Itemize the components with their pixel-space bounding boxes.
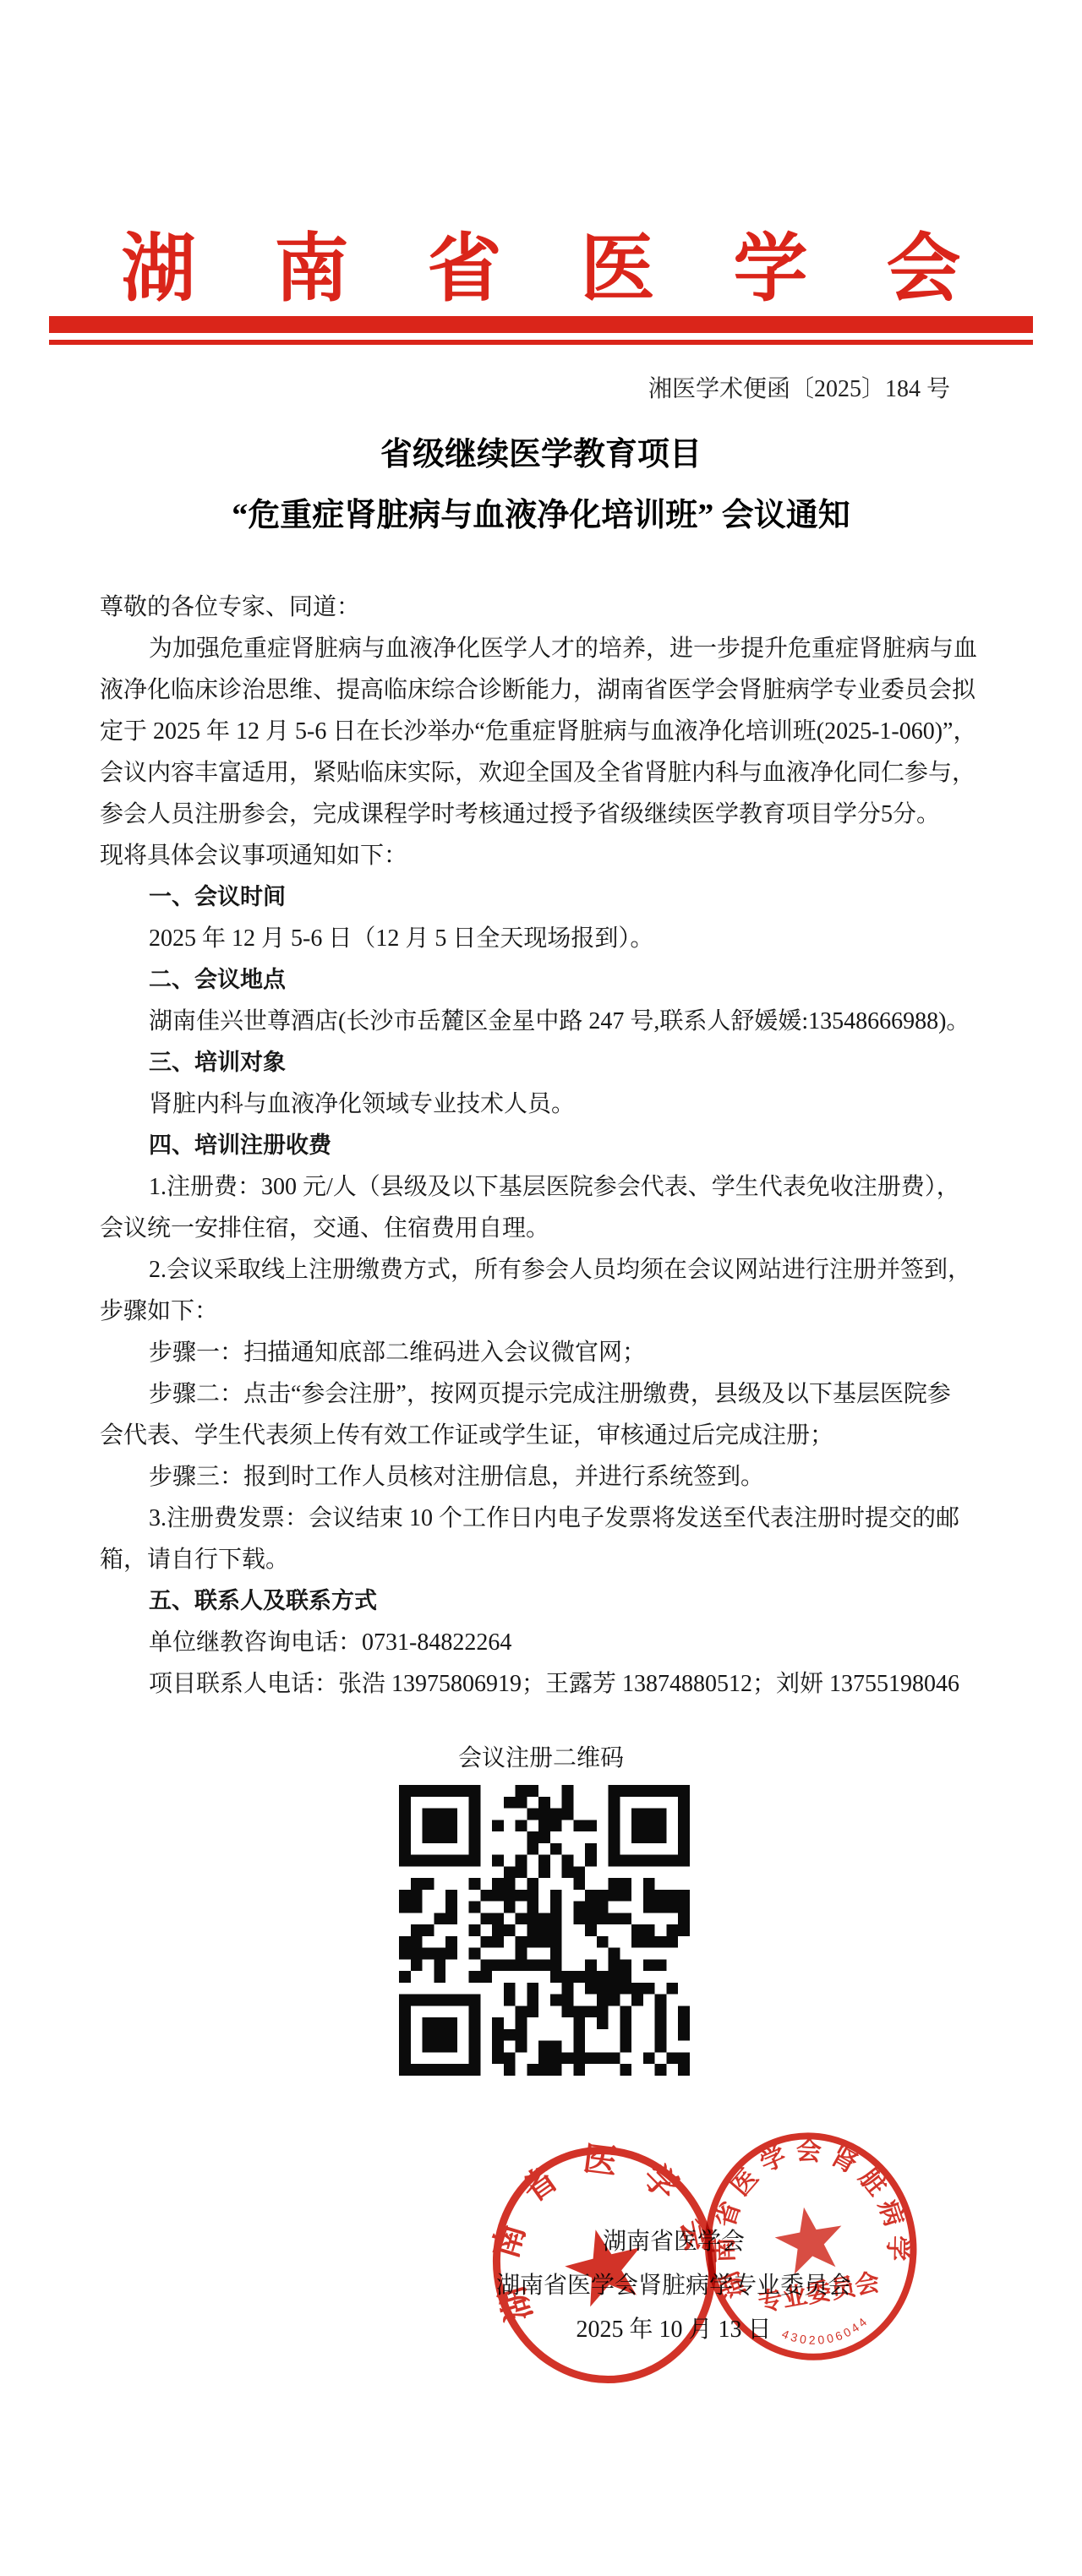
body-line: 现将具体会议事项通知如下： <box>100 835 984 876</box>
document-number: 湘医学术便函〔2025〕184 号 <box>100 370 982 404</box>
body-line: 会议内容丰富适用，紧贴临床实际，欢迎全国及全省肾脏内科与血液净化同仁参与， <box>100 752 984 794</box>
letterhead: 湖南省医学会 <box>0 210 1082 316</box>
body-line: 湖南佳兴世尊酒店(长沙市岳麓区金星中路 247 号,联系人舒媛媛:1354866… <box>100 1001 984 1042</box>
body-line: 尊敬的各位专家、同道： <box>100 587 984 628</box>
section-heading: 五、联系人及联系方式 <box>100 1580 984 1622</box>
qr-code-image <box>399 1785 690 2076</box>
section-heading: 四、培训注册收费 <box>100 1125 984 1166</box>
body-line: 2.会议采取线上注册缴费方式，所有参会人员均须在会议网站进行注册并签到， <box>100 1249 984 1291</box>
body-line: 步骤一：扫描通知底部二维码进入会议微官网； <box>100 1332 984 1373</box>
seal-star-icon <box>558 2220 651 2310</box>
body-line: 1.注册费：300 元/人（县级及以下基层医院参会代表、学生代表免收注册费）， <box>100 1166 984 1208</box>
notice-title-line2: “危重症肾脏病与血液净化培训班” 会议通知 <box>0 488 1082 535</box>
seal-bottom-text: 专业委员会 <box>756 2268 882 2317</box>
body-line: 项目联系人电话：张浩 13975806919；王露芳 13874880512；刘… <box>100 1663 984 1705</box>
body-line: 步骤三：报到时工作人员核对注册信息，并进行系统签到。 <box>100 1456 984 1498</box>
body-line: 液净化临床诊治思维、提高临床综合诊断能力，湖南省医学会肾脏病学专业委员会拟 <box>100 669 984 711</box>
body-line: 参会人员注册参会，完成课程学时考核通过授予省级继续医学教育项目学分5分。 <box>100 794 984 835</box>
body-line: 为加强危重症肾脏病与血液净化医学人才的培养，进一步提升危重症肾脏病与血 <box>100 628 984 669</box>
red-divider-thick <box>49 316 1033 333</box>
section-heading: 一、会议时间 <box>100 876 984 918</box>
body-line: 步骤二：点击“参会注册”，按网页提示完成注册缴费，县级及以下基层医院参 <box>100 1373 984 1415</box>
body-line: 肾脏内科与血液净化领域专业技术人员。 <box>100 1083 984 1125</box>
body-line: 箱，请自行下载。 <box>100 1539 984 1580</box>
body-line: 步骤如下： <box>100 1291 984 1332</box>
seal-star-icon <box>771 2202 849 2277</box>
document-page: 湖南省医学会 湘医学术便函〔2025〕184 号 省级继续医学教育项目 “危重症… <box>0 0 1082 2576</box>
qr-caption: 会议注册二维码 <box>0 1739 1082 1773</box>
body-line: 3.注册费发票：会议结束 10 个工作日内电子发票将发送至代表注册时提交的邮 <box>100 1498 984 1539</box>
section-heading: 二、会议地点 <box>100 959 984 1001</box>
section-heading: 三、培训对象 <box>100 1042 984 1083</box>
body-line: 定于 2025 年 12 月 5-6 日在长沙举办“危重症肾脏病与血液净化培训班… <box>100 711 984 752</box>
notice-body: 尊敬的各位专家、同道：为加强危重症肾脏病与血液净化医学人才的培养，进一步提升危重… <box>100 587 984 1705</box>
body-line: 2025 年 12 月 5-6 日（12 月 5 日全天现场报到）。 <box>100 918 984 959</box>
org-title: 湖南省医学会 <box>121 210 1039 316</box>
official-seal-right: 湖南省医学会肾脏病学 专业委员会 4302006044 <box>682 2111 941 2391</box>
body-line: 单位继教咨询电话：0731-84822264 <box>100 1622 984 1663</box>
red-divider-thin <box>49 340 1033 345</box>
body-line: 会议统一安排住宿，交通、住宿费用自理。 <box>100 1208 984 1249</box>
body-line: 会代表、学生代表须上传有效工作证或学生证，审核通过后完成注册； <box>100 1415 984 1456</box>
registration-qr-code <box>399 1785 690 2076</box>
notice-title-line1: 省级继续医学教育项目 <box>0 428 1082 474</box>
